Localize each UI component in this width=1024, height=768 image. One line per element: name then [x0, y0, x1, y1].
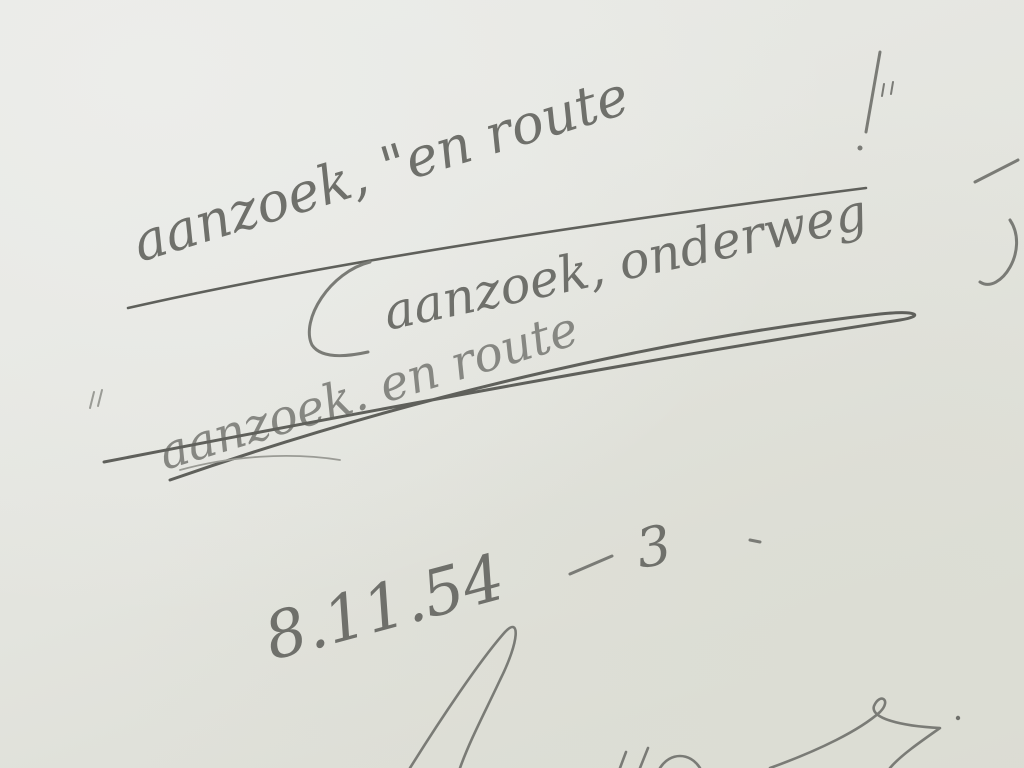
svg-text:aanzoek, "en route: aanzoek, "en route [125, 64, 636, 275]
signature [410, 627, 960, 768]
svg-text:aanzoek. en route: aanzoek. en route [152, 301, 585, 482]
handwritten-date: 8.11.54 3 [257, 513, 760, 676]
svg-text:aanzoek, onderweg: aanzoek, onderweg [378, 183, 871, 342]
svg-text:8.11.54: 8.11.54 [257, 541, 512, 676]
handwriting-layer: aanzoek, "en route aanzoek, onderweg aan… [0, 0, 1024, 768]
struck-line-3: aanzoek. en route [90, 301, 915, 482]
paper-sheet: aanzoek, "en route aanzoek, onderweg aan… [0, 0, 1024, 768]
svg-text:3: 3 [631, 513, 676, 581]
